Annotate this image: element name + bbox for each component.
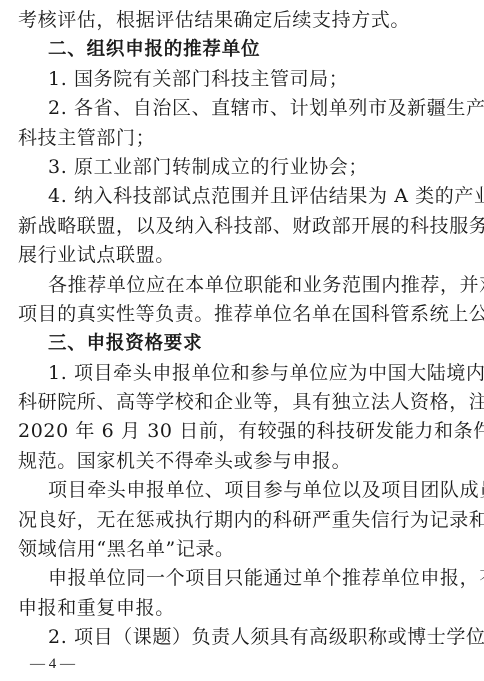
list-item-4: 4. 纳入科技部试点范围并且评估结果为 A 类的产业技术创 bbox=[18, 182, 450, 211]
paragraph-line: 考核评估，根据评估结果确定后续支持方式。 bbox=[18, 6, 450, 35]
requirement-1: 1. 项目牵头申报单位和参与单位应为中国大陆境内注册的 bbox=[18, 359, 450, 388]
list-item-4-end: 展行业试点联盟。 bbox=[18, 241, 450, 270]
requirement-1-cont: 2020 年 6 月 30 日前，有较强的科技研发能力和条件，运行管理 bbox=[18, 417, 450, 446]
paragraph-line: 申报单位同一个项目只能通过单个推荐单位申报，不得多头 bbox=[18, 564, 450, 593]
paragraph-line: 申报和重复申报。 bbox=[18, 594, 450, 623]
paragraph-line: 领域信用“黑名单”记录。 bbox=[18, 535, 450, 564]
paragraph-line: 项目牵头申报单位、项目参与单位以及项目团队成员诚信状 bbox=[18, 476, 450, 505]
list-item-1: 1. 国务院有关部门科技主管司局； bbox=[18, 65, 450, 94]
paragraph-line: 项目的真实性等负责。推荐单位名单在国科管系统上公开发布。 bbox=[18, 300, 450, 329]
requirement-1-cont: 科研院所、高等学校和企业等，具有独立法人资格，注册时间为 bbox=[18, 388, 450, 417]
list-item-3: 3. 原工业部门转制成立的行业协会； bbox=[18, 153, 450, 182]
list-item-4-cont: 新战略联盟，以及纳入科技部、财政部开展的科技服务业创新发 bbox=[18, 212, 450, 241]
document-page: 考核评估，根据评估结果确定后续支持方式。 二、组织申报的推荐单位 1. 国务院有… bbox=[18, 6, 450, 653]
requirement-1-end: 规范。国家机关不得牵头或参与申报。 bbox=[18, 447, 450, 476]
paragraph-line: 况良好，无在惩戒执行期内的科研严重失信行为记录和相关社会 bbox=[18, 506, 450, 535]
section-heading-3: 三、申报资格要求 bbox=[18, 329, 450, 358]
list-item-2: 2. 各省、自治区、直辖市、计划单列市及新疆生产建设兵团 bbox=[18, 94, 450, 123]
section-heading-2: 二、组织申报的推荐单位 bbox=[18, 35, 450, 64]
list-item-2-cont: 科技主管部门； bbox=[18, 124, 450, 153]
page-number: — 4 — bbox=[30, 656, 75, 673]
paragraph-line: 各推荐单位应在本单位职能和业务范围内推荐，并对所推荐 bbox=[18, 271, 450, 300]
requirement-2: 2. 项目（课题）负责人须具有高级职称或博士学位，1961 bbox=[18, 623, 450, 652]
